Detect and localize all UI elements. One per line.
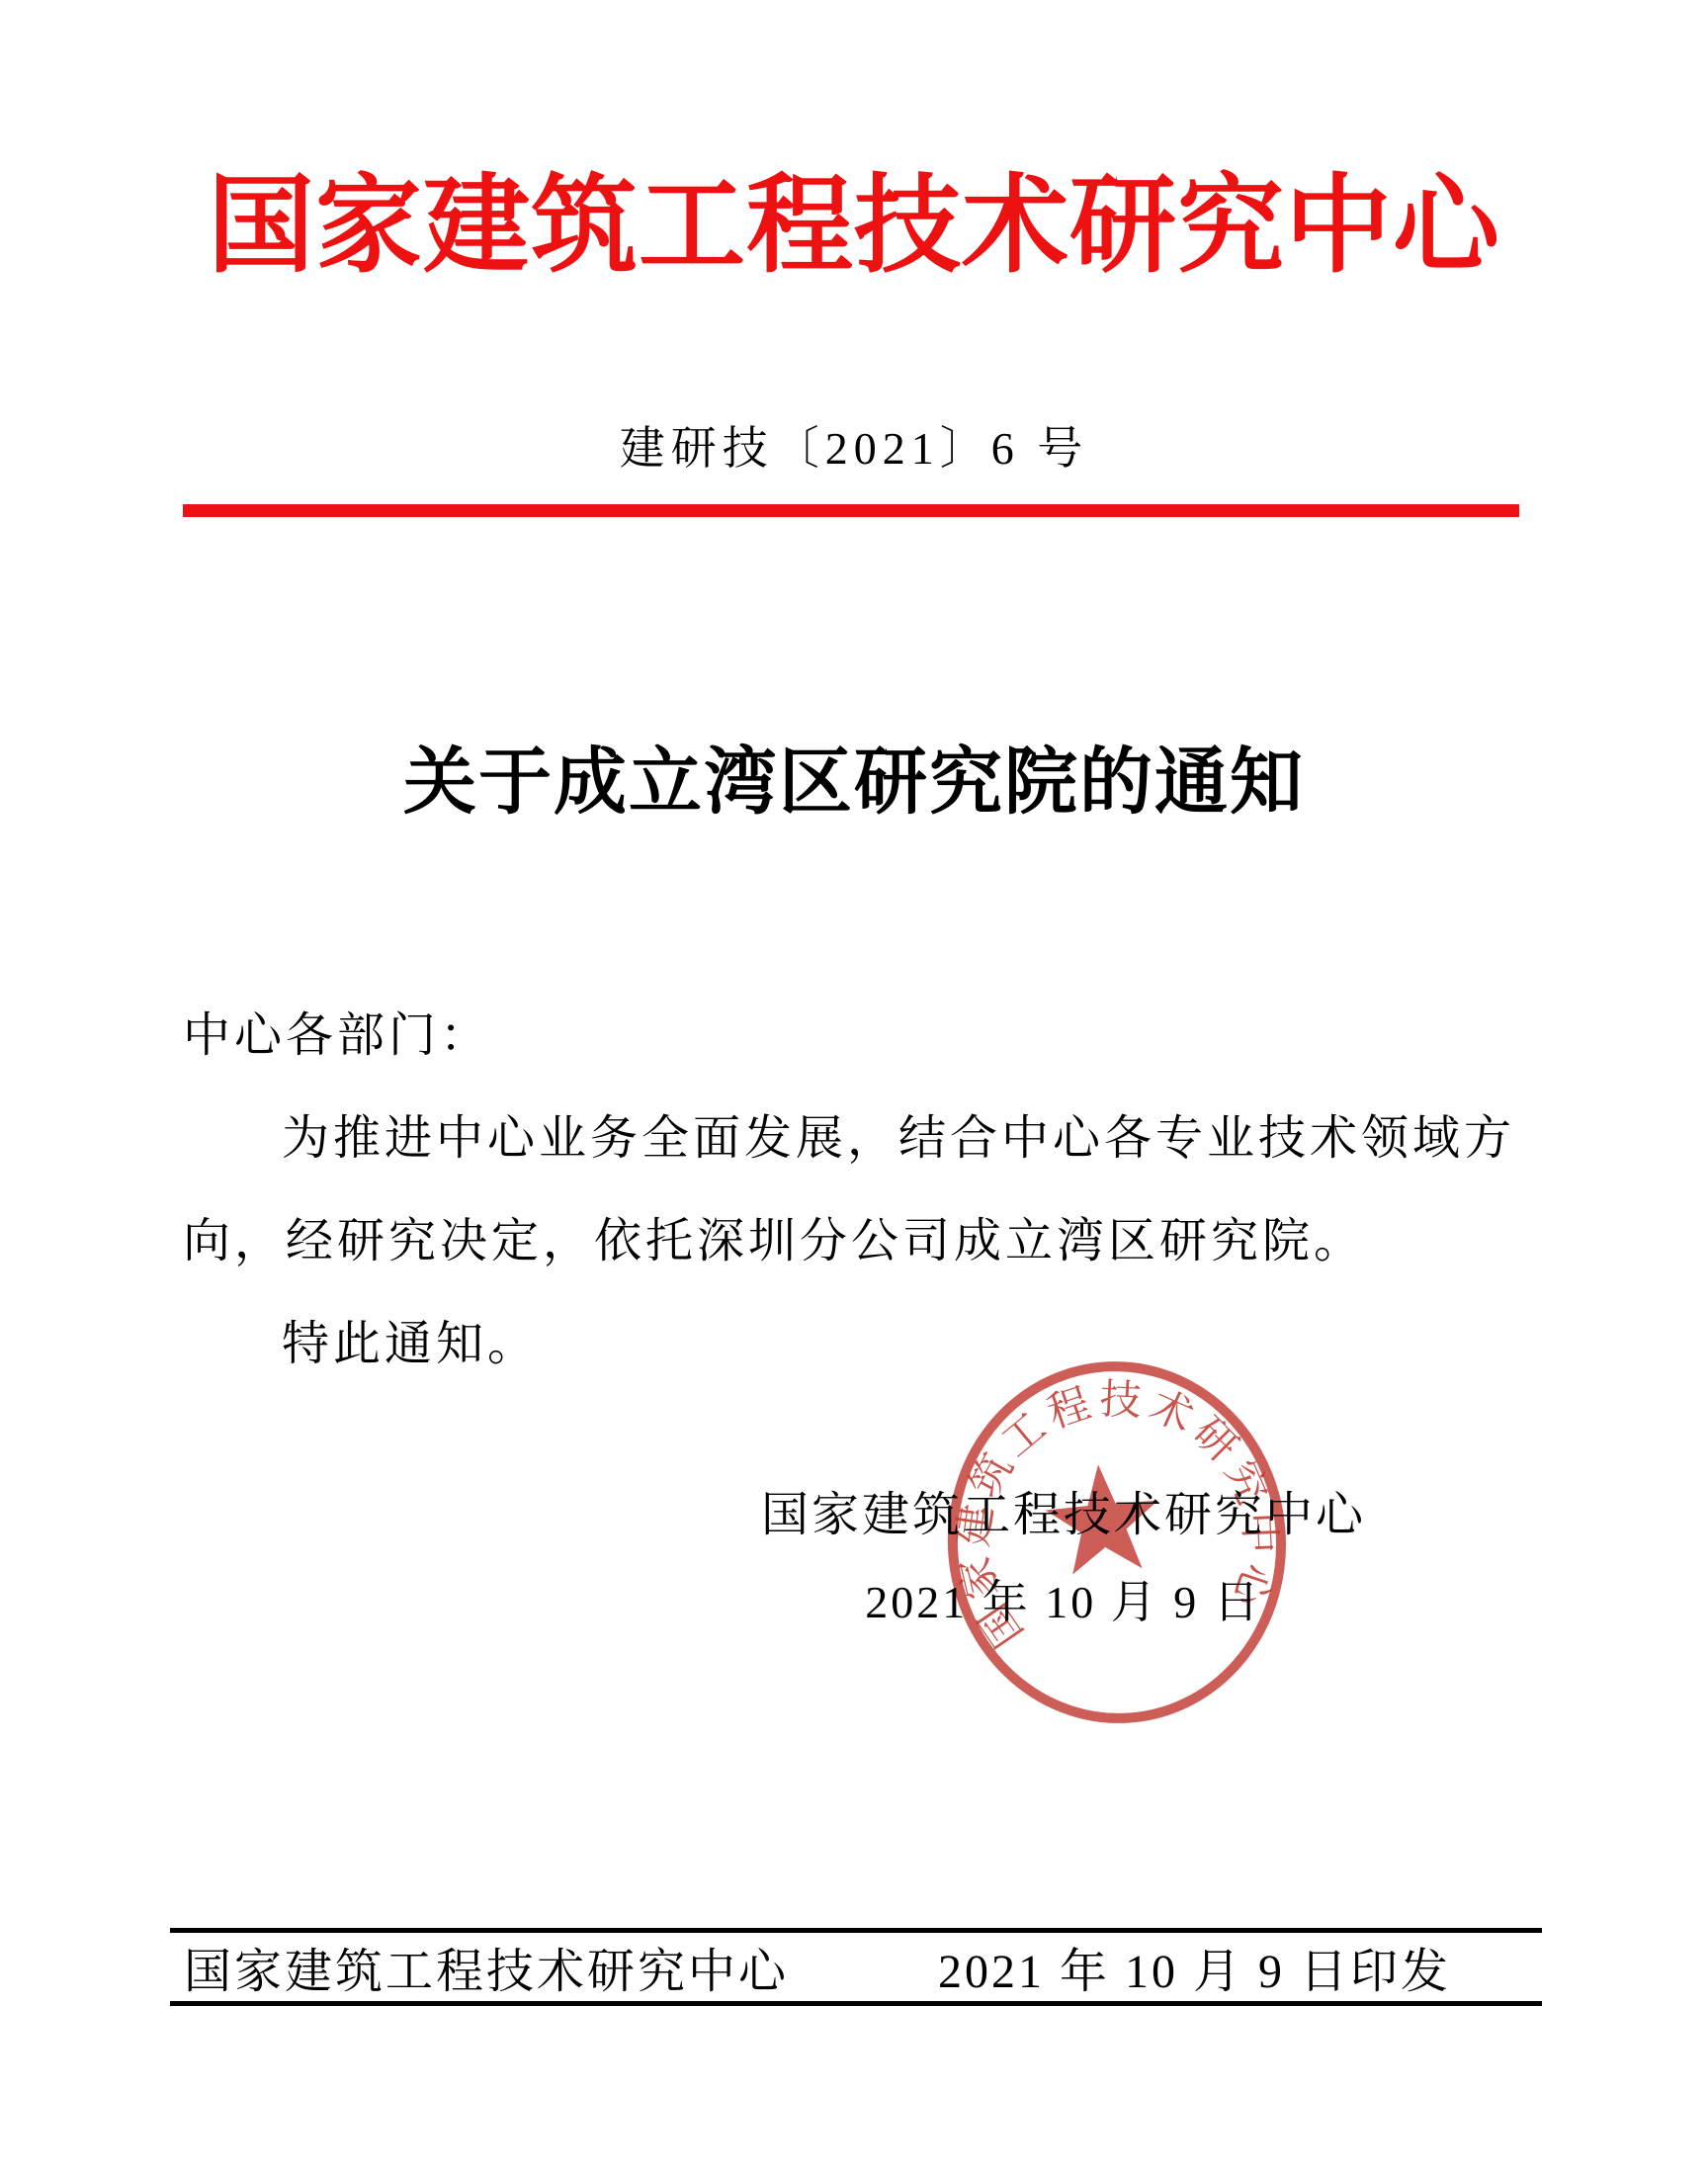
signature-org: 国家建筑工程技术研究中心 [682,1471,1445,1560]
footer-row: 国家建筑工程技术研究中心 2021 年 10 月 9 日印发 [170,1933,1542,2001]
salutation-line: 中心各部门： [183,985,1529,1088]
footer-issuer: 国家建筑工程技术研究中心 [184,1933,789,2001]
body-line: 特此通知。 [183,1293,1529,1396]
notice-title: 关于成立湾区研究院的通知 [0,740,1708,828]
doc-number: 建研技〔2021〕6 号 [0,419,1708,479]
official-document-page: 国家建筑工程技术研究中心 建研技〔2021〕6 号 关于成立湾区研究院的通知 中… [0,0,1708,2181]
org-letterhead-title: 国家建筑工程技术研究中心 [0,166,1708,289]
body-line: 为推进中心业务全面发展，结合中心各专业技术领域方 [183,1088,1529,1190]
body-line: 向，经研究决定，依托深圳分公司成立湾区研究院。 [183,1190,1529,1293]
footer-print-date: 2021 年 10 月 9 日印发 [938,1933,1451,2001]
notice-body: 中心各部门： 为推进中心业务全面发展，结合中心各专业技术领域方 向，经研究决定，… [183,985,1529,1396]
signature-block: 国家建筑工程技术研究中心 2021 年 10 月 9 日 [682,1471,1445,1645]
signature-date: 2021 年 10 月 9 日 [682,1560,1445,1645]
footer-bottom-rule [170,2001,1542,2006]
red-divider-rule [183,504,1519,517]
